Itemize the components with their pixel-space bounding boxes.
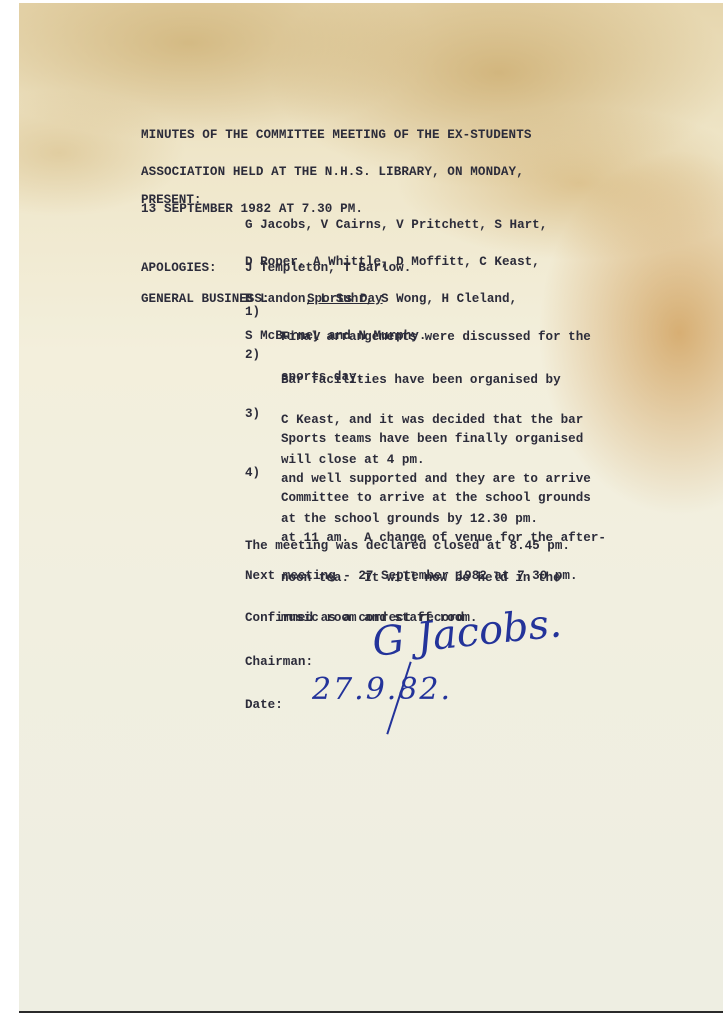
meeting-minutes-document: MINUTES OF THE COMMITTEE MEETING OF THE …: [0, 0, 723, 1024]
heading-line: ASSOCIATION HELD AT THE N.H.S. LIBRARY, …: [141, 166, 532, 178]
business-topic: Sports Day: [307, 293, 383, 305]
business-item-2: 2) Bar facilities have been organised by…: [245, 349, 275, 399]
present-label: PRESENT:: [141, 194, 201, 206]
item-line: Bar facilities have been organised by: [281, 374, 583, 389]
meeting-closed-statement: The meeting was declared closed at 8.45 …: [245, 540, 570, 552]
apologies-label: APOLOGIES:: [141, 262, 217, 274]
general-business-label: GENERAL BUSINESS:: [141, 293, 269, 305]
item-number: 2): [245, 349, 260, 361]
chairman-signature: G Jacobs.: [372, 617, 562, 649]
item-number: 3): [245, 408, 260, 420]
item-line: Committee to arrive at the school ground…: [281, 492, 606, 507]
date-label: Date:: [245, 699, 283, 711]
chairman-label: Chairman:: [245, 656, 313, 668]
attendees-line: B Landon, L Suhr, S Wong, H Cleland,: [245, 293, 547, 305]
handwritten-date: 27.9.82.: [312, 684, 452, 696]
item-line: Final arrangements were discussed for th…: [281, 331, 591, 346]
business-item-4: 4) Committee to arrive at the school gro…: [245, 467, 275, 517]
business-item-3: 3) Sports teams have been finally organi…: [245, 408, 275, 458]
item-number: 1): [245, 306, 260, 318]
apologies-names: J Templeton, T Barlow.: [245, 262, 411, 274]
item-number: 4): [245, 467, 260, 479]
item-line: Sports teams have been finally organised: [281, 433, 591, 448]
heading-line: MINUTES OF THE COMMITTEE MEETING OF THE …: [141, 129, 532, 141]
next-meeting-statement: Next meeting - 27 September 1982 at 7.30…: [245, 570, 578, 582]
attendees-line: G Jacobs, V Cairns, V Pritchett, S Hart,: [245, 219, 547, 231]
